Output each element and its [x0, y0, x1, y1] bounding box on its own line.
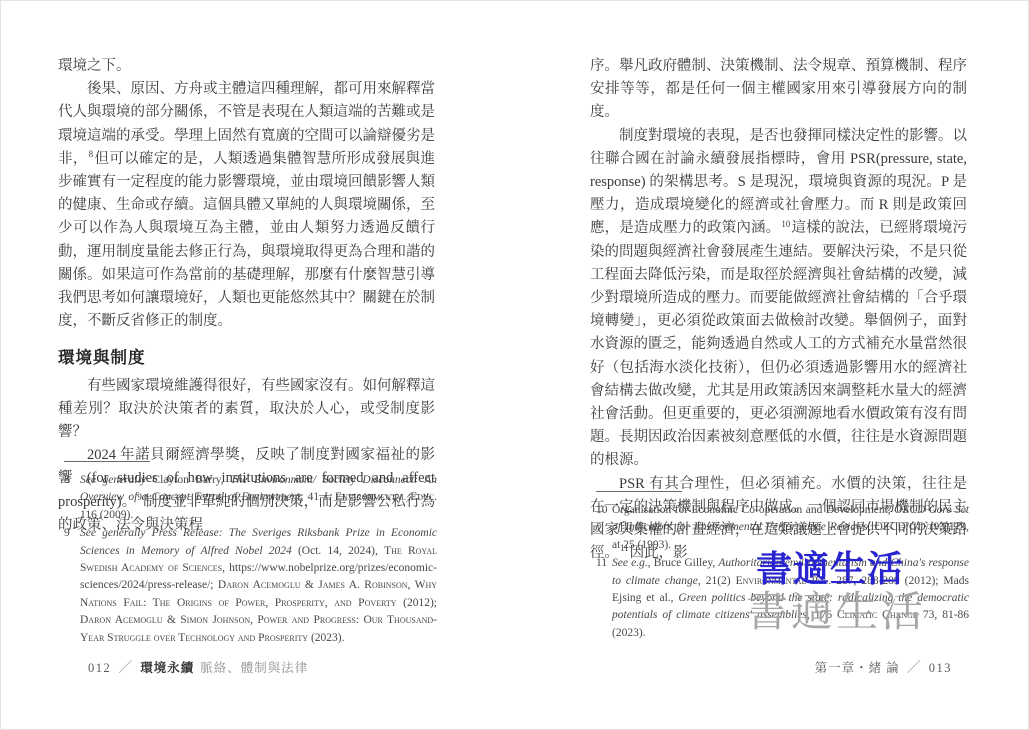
- footnote-text: See e.g., Bruce Gilley, Authoritarian en…: [612, 555, 969, 642]
- page-number: 012: [88, 661, 111, 675]
- paragraph: 有些國家環境維護得很好，有些國家沒有。如何解釋這種差別？取決於決策者的素質，取決…: [58, 375, 435, 445]
- footer-slash: ／: [900, 661, 929, 676]
- left-page-footnotes: 8 See generally Clayton Barry, The Envir…: [58, 461, 437, 648]
- right-page-footnotes: 10 Organisation for Economic Co-operatio…: [590, 491, 969, 643]
- paragraph: 制度對環境的表現，是否也發揮同樣決定性的影響。以往聯合國在討論永續發展指標時，會…: [590, 125, 967, 473]
- footnote-number: 8: [58, 472, 80, 524]
- footnote-number: 10: [590, 502, 612, 554]
- footnote-text: Organisation for Economic Co-operation a…: [612, 502, 969, 554]
- footnote-text: See generally Clayton Barry, The Environ…: [80, 472, 437, 524]
- section-heading: 環境與制度: [58, 346, 435, 369]
- right-page-text-column: 序。舉凡政府體制、決策機制、法令規章、預算機制、程序安排等等，都是任何一個主權國…: [590, 55, 967, 565]
- left-page-footer: 012／環境永續脈絡、體制與法律: [88, 657, 308, 677]
- paragraph: 序。舉凡政府體制、決策機制、法令規章、預算機制、程序安排等等，都是任何一個主權國…: [590, 55, 967, 125]
- paragraph: 環境之下。: [58, 55, 435, 78]
- footnote-item: 11 See e.g., Bruce Gilley, Authoritarian…: [590, 555, 969, 642]
- footnote-number: 11: [590, 555, 612, 642]
- paragraph: 後果、原因、方舟或主體這四種理解，都可用來解釋當代人與環境的部分關係，不管是表現…: [58, 78, 435, 333]
- footnote-text: See generally Press Release: The Sverige…: [80, 525, 437, 647]
- page-number: 013: [929, 661, 952, 675]
- footnote-number: 9: [58, 525, 80, 647]
- footer-dot: ・: [855, 661, 869, 675]
- footnote-item: 10 Organisation for Economic Co-operatio…: [590, 502, 969, 554]
- section-label: 緒 論: [869, 661, 900, 675]
- footnote-item: 8 See generally Clayton Barry, The Envir…: [58, 472, 437, 524]
- footnote-item: 9 See generally Press Release: The Sveri…: [58, 525, 437, 647]
- book-spread-scan: 環境之下。 後果、原因、方舟或主體這四種理解，都可用來解釋當代人與環境的部分關係…: [0, 0, 1029, 730]
- footer-slash: ／: [111, 661, 140, 676]
- book-subtitle: 脈絡、體制與法律: [194, 661, 308, 675]
- right-page-footer: 第一章・緒 論／013: [590, 657, 952, 677]
- chapter-label: 第一章: [815, 661, 856, 675]
- footnote-separator: [64, 461, 150, 462]
- book-title: 環境永續: [140, 661, 194, 675]
- footnote-separator: [596, 491, 682, 492]
